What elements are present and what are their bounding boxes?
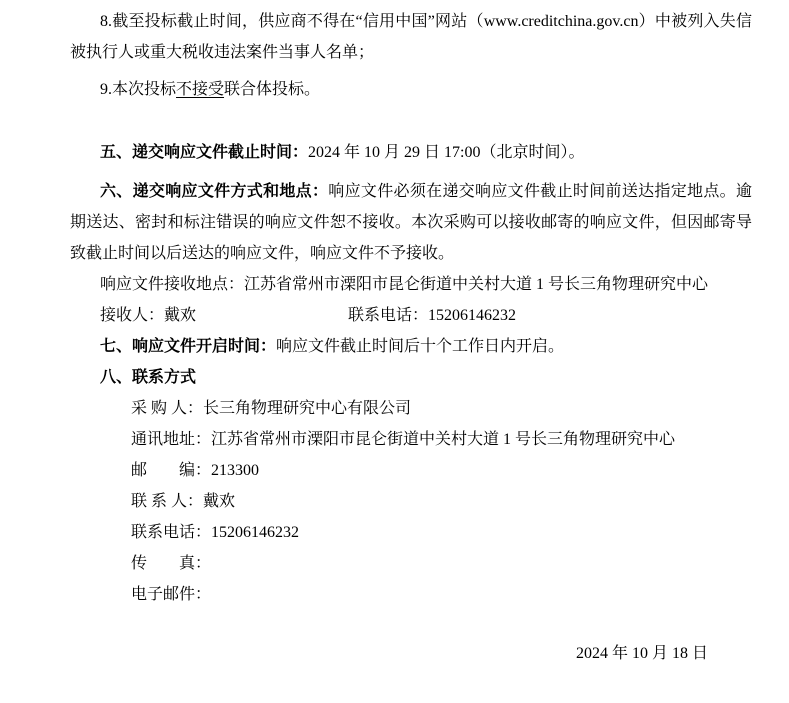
section-5-text: 2024 年 10 月 29 日 17:00（北京时间）。 (308, 144, 584, 161)
section-8-contact-heading: 八、联系方式 (70, 362, 752, 393)
paragraph-item-8: 8.截至投标截止时间，供应商不得在“信用中国”网站（www.creditchin… (70, 6, 752, 68)
document-page: 8.截至投标截止时间，供应商不得在“信用中国”网站（www.creditchin… (0, 0, 789, 703)
item-9-underlined-no-accept: 不接受 (176, 81, 224, 98)
section-7-text: 响应文件截止时间后十个工作日内开启。 (276, 338, 564, 355)
contact-row-phone: 联系电话：15206146232 (70, 517, 752, 548)
fax-label: 传 真： (131, 555, 211, 572)
contact-row-fax: 传 真： (70, 548, 752, 579)
section-8-heading: 八、联系方式 (100, 369, 196, 386)
delivery-location-line: 响应文件接收地点：江苏省常州市溧阳市昆仑街道中关村大道 1 号长三角物理研究中心 (70, 269, 752, 300)
receiver-line: 接收人：戴欢联系电话：15206146232 (70, 300, 752, 331)
email-label: 电子邮件： (131, 586, 211, 603)
paragraph-item-9: 9.本次投标不接受联合体投标。 (70, 74, 752, 105)
receiver-label: 接收人： (100, 307, 164, 324)
receiver-phone-value: 15206146232 (428, 307, 516, 324)
section-5-heading: 五、递交响应文件截止时间： (100, 144, 308, 161)
delivery-location-value: 江苏省常州市溧阳市昆仑街道中关村大道 1 号长三角物理研究中心 (244, 276, 708, 293)
contact-phone-label: 联系电话： (131, 524, 211, 541)
delivery-location-label: 响应文件接收地点： (100, 276, 244, 293)
receiver-phone-field: 联系电话：15206146232 (348, 300, 516, 331)
contact-person-value: 戴欢 (203, 493, 235, 510)
section-6-heading: 六、递交响应文件方式和地点： (100, 183, 328, 200)
contact-phone-value: 15206146232 (211, 524, 299, 541)
receiver-phone-label: 联系电话： (348, 307, 428, 324)
document-date: 2024 年 10 月 18 日 (70, 638, 708, 669)
address-label: 通讯地址： (131, 431, 211, 448)
section-6-delivery-method: 六、递交响应文件方式和地点：响应文件必须在递交响应文件截止时间前送达指定地点。逾… (70, 176, 752, 269)
contact-row-postcode: 邮 编：213300 (70, 455, 752, 486)
receiver-field: 接收人：戴欢 (100, 300, 348, 331)
contact-row-email: 电子邮件： (70, 579, 752, 610)
item-9-suffix: 联合体投标。 (224, 81, 320, 98)
section-7-opening-time: 七、响应文件开启时间：响应文件截止时间后十个工作日内开启。 (70, 331, 752, 362)
postcode-value: 213300 (211, 462, 259, 479)
contact-row-purchaser: 采 购 人：长三角物理研究中心有限公司 (70, 393, 752, 424)
address-value: 江苏省常州市溧阳市昆仑街道中关村大道 1 号长三角物理研究中心 (211, 431, 675, 448)
contact-row-address: 通讯地址：江苏省常州市溧阳市昆仑街道中关村大道 1 号长三角物理研究中心 (70, 424, 752, 455)
postcode-label: 邮 编： (131, 462, 211, 479)
contact-row-contact-person: 联 系 人：戴欢 (70, 486, 752, 517)
purchaser-label: 采 购 人： (131, 400, 203, 417)
purchaser-value: 长三角物理研究中心有限公司 (203, 400, 411, 417)
section-5-deadline: 五、递交响应文件截止时间：2024 年 10 月 29 日 17:00（北京时间… (70, 137, 752, 168)
item-9-prefix: 9.本次投标 (100, 81, 176, 98)
receiver-value: 戴欢 (164, 307, 196, 324)
section-7-heading: 七、响应文件开启时间： (100, 338, 276, 355)
contact-person-label: 联 系 人： (131, 493, 203, 510)
